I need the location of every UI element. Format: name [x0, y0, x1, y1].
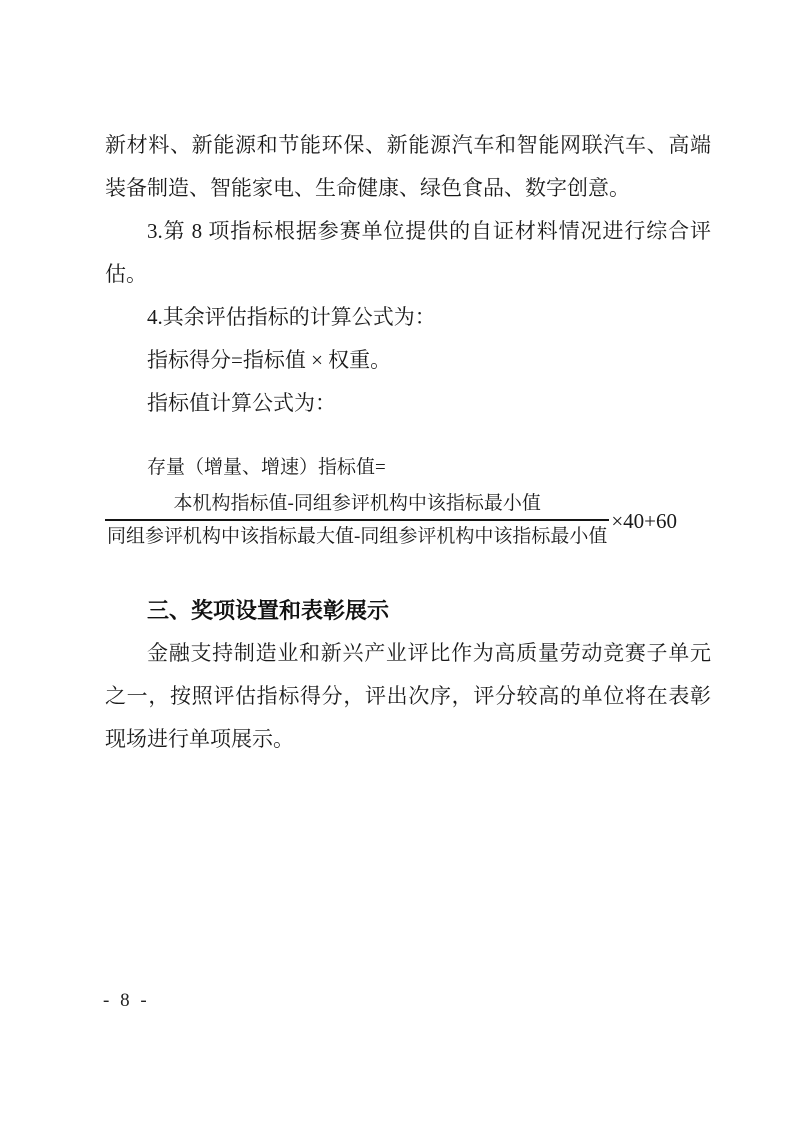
paragraph-section3-body: 金融支持制造业和新兴产业评比作为高质量劳动竞赛子单元之一，按照评估指标得分，评出… [105, 632, 711, 761]
formula-fraction: 本机构指标值-同组参评机构中该指标最小值 同组参评机构中该指标最大值-同组参评机… [105, 489, 609, 553]
fraction-denominator: 同组参评机构中该指标最大值-同组参评机构中该指标最小值 [105, 519, 609, 553]
paragraph-industries: 新材料、新能源和节能环保、新能源汽车和智能网联汽车、高端装备制造、智能家电、生命… [105, 124, 711, 210]
page-number: - 8 - [103, 988, 150, 1014]
paragraph-item4: 4.其余评估指标的计算公式为： [105, 296, 711, 339]
paragraph-score-formula: 指标得分=指标值 × 权重。 [105, 339, 711, 382]
fraction-numerator: 本机构指标值-同组参评机构中该指标最小值 [105, 489, 609, 519]
paragraph-item3: 3.第 8 项指标根据参赛单位提供的自证材料情况进行综合评估。 [105, 210, 711, 296]
document-body: 新材料、新能源和节能环保、新能源汽车和智能网联汽车、高端装备制造、智能家电、生命… [105, 124, 711, 761]
document-page: 新材料、新能源和节能环保、新能源汽车和智能网联汽车、高端装备制造、智能家电、生命… [0, 0, 793, 1122]
formula-fraction-row: 本机构指标值-同组参评机构中该指标最小值 同组参评机构中该指标最大值-同组参评机… [105, 489, 711, 553]
formula-block: 存量（增量、增速）指标值= 本机构指标值-同组参评机构中该指标最小值 同组参评机… [105, 451, 711, 553]
section3-heading: 三、奖项设置和表彰展示 [105, 589, 711, 632]
paragraph-formula-intro: 指标值计算公式为： [105, 382, 711, 425]
formula-suffix: ×40+60 [609, 506, 677, 536]
formula-lhs: 存量（增量、增速）指标值= [105, 451, 711, 485]
